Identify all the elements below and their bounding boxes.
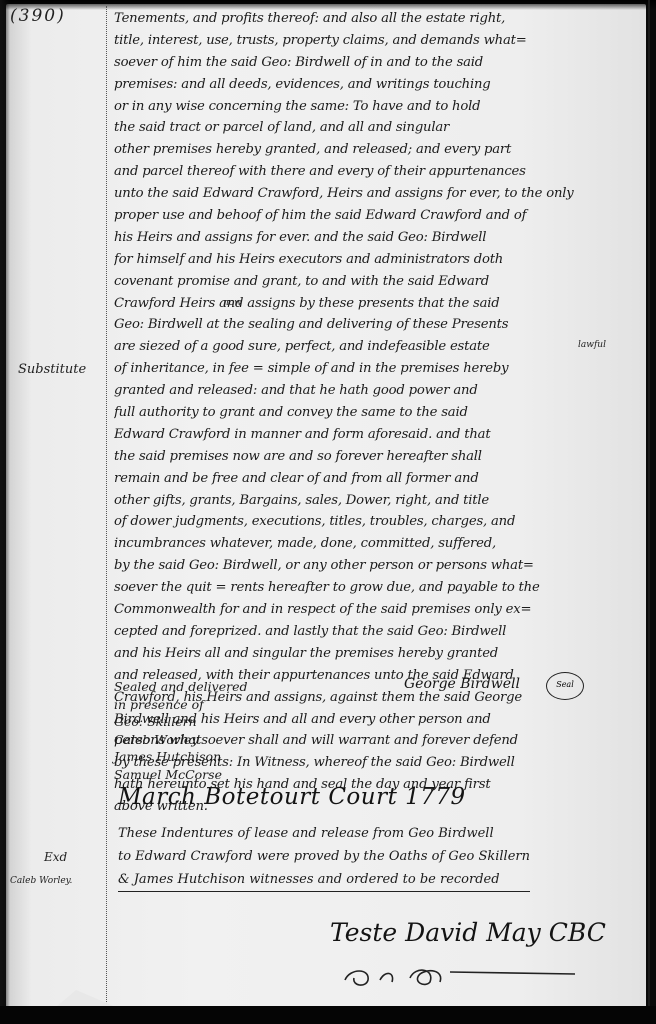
interlinear-insertion-now: now <box>223 298 242 308</box>
margin-note-examined: Exd <box>44 850 67 864</box>
witness-heading: Sealed and delivered <box>114 678 248 696</box>
scan-left-edge <box>0 0 10 1024</box>
right-binding-rule <box>648 0 650 1024</box>
court-line: to Edward Crawford were proved by the Oa… <box>118 845 608 868</box>
deed-line: of inheritance, in fee = simple of and i… <box>114 358 606 380</box>
deed-line: soever the quit = rents hereafter to gro… <box>114 577 606 599</box>
deed-line: granted and released: and that he hath g… <box>114 380 606 402</box>
deed-line: of dower judgments, executions, titles, … <box>114 511 606 533</box>
grantor-signature: George Birdwell <box>404 676 520 692</box>
deed-line: by the said Geo: Birdwell, or any other … <box>114 555 606 577</box>
deed-line: incumbrances whatever, made, done, commi… <box>114 533 606 555</box>
deed-line: Geo: Birdwell at the sealing and deliver… <box>114 314 606 336</box>
court-heading: March Botetourt Court 1779 <box>118 784 466 810</box>
deed-line: Crawford Heirs and assigns by these pres… <box>114 293 606 315</box>
seal-icon: Seal <box>546 672 584 700</box>
deed-line: title, interest, use, trusts, property c… <box>114 30 606 52</box>
witness-block: Sealed and delivered in presence of Geo:… <box>114 678 248 783</box>
deed-line: cepted and foreprized. and lastly that t… <box>114 621 606 643</box>
scan-bottom-edge <box>0 1006 656 1024</box>
flourish-icon <box>340 960 580 990</box>
deed-line: proper use and behoof of him the said Ed… <box>114 205 606 227</box>
witness-name: James Hutchison <box>114 748 248 766</box>
witness-name: Geo: Skillern <box>114 713 248 731</box>
court-line: & James Hutchison witnesses and ordered … <box>118 868 530 892</box>
witness-name: Caleb Worley <box>114 731 248 749</box>
deed-line: premises: and all deeds, evidences, and … <box>114 74 606 96</box>
deed-line: and his Heirs all and singular the premi… <box>114 643 606 665</box>
deed-line: or in any wise concerning the same: To h… <box>114 96 606 118</box>
page-number: (390) <box>10 6 66 26</box>
deed-line: are siezed of a good sure, perfect, and … <box>114 336 606 358</box>
deed-line: Tenements, and profits thereof: and also… <box>114 8 606 30</box>
clerk-signature: Teste David May CBC <box>330 918 606 947</box>
deed-line: and parcel thereof with there and every … <box>114 161 606 183</box>
witness-name: Samuel McCorse <box>114 766 248 784</box>
deed-line: Commonwealth for and in respect of the s… <box>114 599 606 621</box>
deed-line: for himself and his Heirs executors and … <box>114 249 606 271</box>
deed-line: covenant promise and grant, to and with … <box>114 271 606 293</box>
court-record: These Indentures of lease and release fr… <box>118 822 608 892</box>
witness-heading: in presence of <box>114 696 248 714</box>
deed-line: the said tract or parcel of land, and al… <box>114 117 606 139</box>
court-line: These Indentures of lease and release fr… <box>118 822 608 845</box>
deed-line: Edward Crawford in manner and form afore… <box>114 424 606 446</box>
interlinear-insertion-lawful: lawful <box>578 340 606 350</box>
margin-note-clerk: Caleb Worley. <box>10 876 72 886</box>
deed-line: his Heirs and assigns for ever. and the … <box>114 227 606 249</box>
deed-line: other premises hereby granted, and relea… <box>114 139 606 161</box>
deed-line: full authority to grant and convey the s… <box>114 402 606 424</box>
deed-line: remain and be free and clear of and from… <box>114 468 606 490</box>
margin-rule <box>106 6 107 1006</box>
deed-line: the said premises now are and so forever… <box>114 446 606 468</box>
deed-line: unto the said Edward Crawford, Heirs and… <box>114 183 606 205</box>
deed-line: soever of him the said Geo: Birdwell of … <box>114 52 606 74</box>
deed-line: other gifts, grants, Bargains, sales, Do… <box>114 490 606 512</box>
margin-note-substitute: Substitute <box>18 362 86 377</box>
